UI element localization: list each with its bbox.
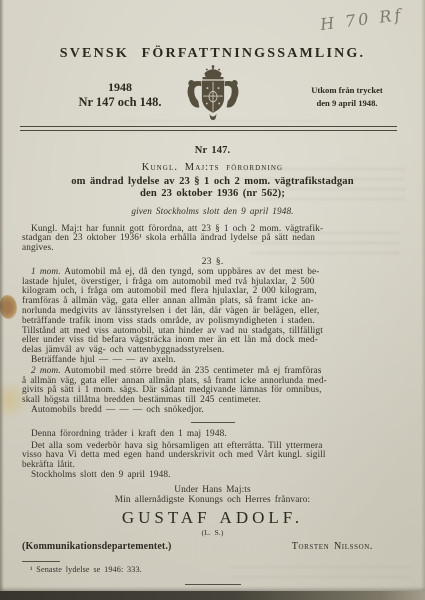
hjul-ellipsis-line: Beträffande hjul — — — av axeln. (22, 356, 403, 366)
decree-number-heading: Nr 147. (22, 145, 403, 157)
footnote-rule (22, 561, 60, 562)
decree-title-line-1: om ändrad lydelse av 23 § 1 och 2 mom. v… (22, 176, 403, 189)
decree-body: Nr 147. Kungl. Maj:ts förordning om ändr… (22, 145, 403, 600)
handwritten-note: H 70 Rf (319, 5, 404, 34)
king-signature: GUSTAF ADOLF. (22, 508, 403, 528)
decree-title-line-2: den 23 oktober 1936 (nr 562); (22, 188, 403, 201)
masthead-title: SVENSK FÖRFATTNINGSSAMLING. (0, 46, 425, 62)
mom1-label: 1 mom. (31, 267, 61, 277)
promulgation-paragraph: Det alla som vederbör hava sig hörsamlig… (22, 442, 403, 471)
scanned-document-page: H 70 Rf SVENSK FÖRFATTNINGSSAMLING. 1948… (0, 0, 425, 600)
mom1-lines: lastade hjulet, överstiger, i fråga om a… (22, 278, 403, 356)
page-left-edge (0, 0, 4, 600)
mom2-lines: å allmän väg, gata eller annan allmän pl… (22, 377, 403, 406)
masthead-divider (20, 126, 397, 131)
issue-block: 1948 Nr 147 och 148. (50, 80, 190, 110)
bredd-ellipsis-line: Automobils bredd — — — och snökedjor. (22, 406, 403, 416)
authority-heading: Kungl. Maj:ts förordning (22, 163, 403, 173)
issue-year: 1948 (50, 80, 190, 95)
place-date-line: Stockholms slott den 9 april 1948. (22, 471, 403, 481)
footnote-text: ¹ Senaste lydelse se 1946: 333. (22, 565, 403, 575)
issue-numbers: Nr 147 och 148. (50, 95, 190, 110)
paragraph-mom-2: 2 mom. Automobil med större bredd än 235… (22, 367, 403, 406)
page-bottom-edge (0, 591, 425, 600)
mom2-label: 2 mom. (31, 366, 61, 376)
decree-dateline: given Stockholms slott den 9 april 1948. (22, 207, 403, 217)
countersignature-name: Torsten Nilsson. (292, 542, 373, 552)
paragraph-mom-1: 1 mom. Automobil må ej, då den tyngd, so… (22, 268, 403, 356)
section-heading: 23 §. (22, 257, 403, 267)
department-name: (Kommunikationsdepartementet.) (22, 542, 171, 552)
publication-notice: Utkom från trycket den 9 april 1948. (288, 84, 406, 110)
seal-abbreviation: (L. S.) (22, 528, 403, 538)
decree-title: om ändrad lydelse av 23 § 1 och 2 mom. v… (22, 176, 403, 201)
effective-date-line: Denna förordning träder i kraft den 1 ma… (22, 430, 403, 440)
intro-paragraph: Kungl. Maj:t har funnit gott förordna, a… (22, 225, 403, 254)
swedish-royal-coat-of-arms-icon (182, 64, 244, 127)
section-divider (191, 422, 235, 423)
mom1-first-line-text: Automobil må ej, då den tyngd, som uppbä… (61, 267, 320, 277)
bottom-divider (185, 584, 241, 585)
page-right-edge (421, 0, 425, 600)
signature-on-behalf-line-2: Min allernådigste Konungs och Herres frå… (22, 496, 403, 506)
countersignature-row: (Kommunikationsdepartementet.) Torsten N… (22, 542, 403, 552)
mom2-first-line-text: Automobil med större bredd än 235 centim… (61, 366, 322, 376)
